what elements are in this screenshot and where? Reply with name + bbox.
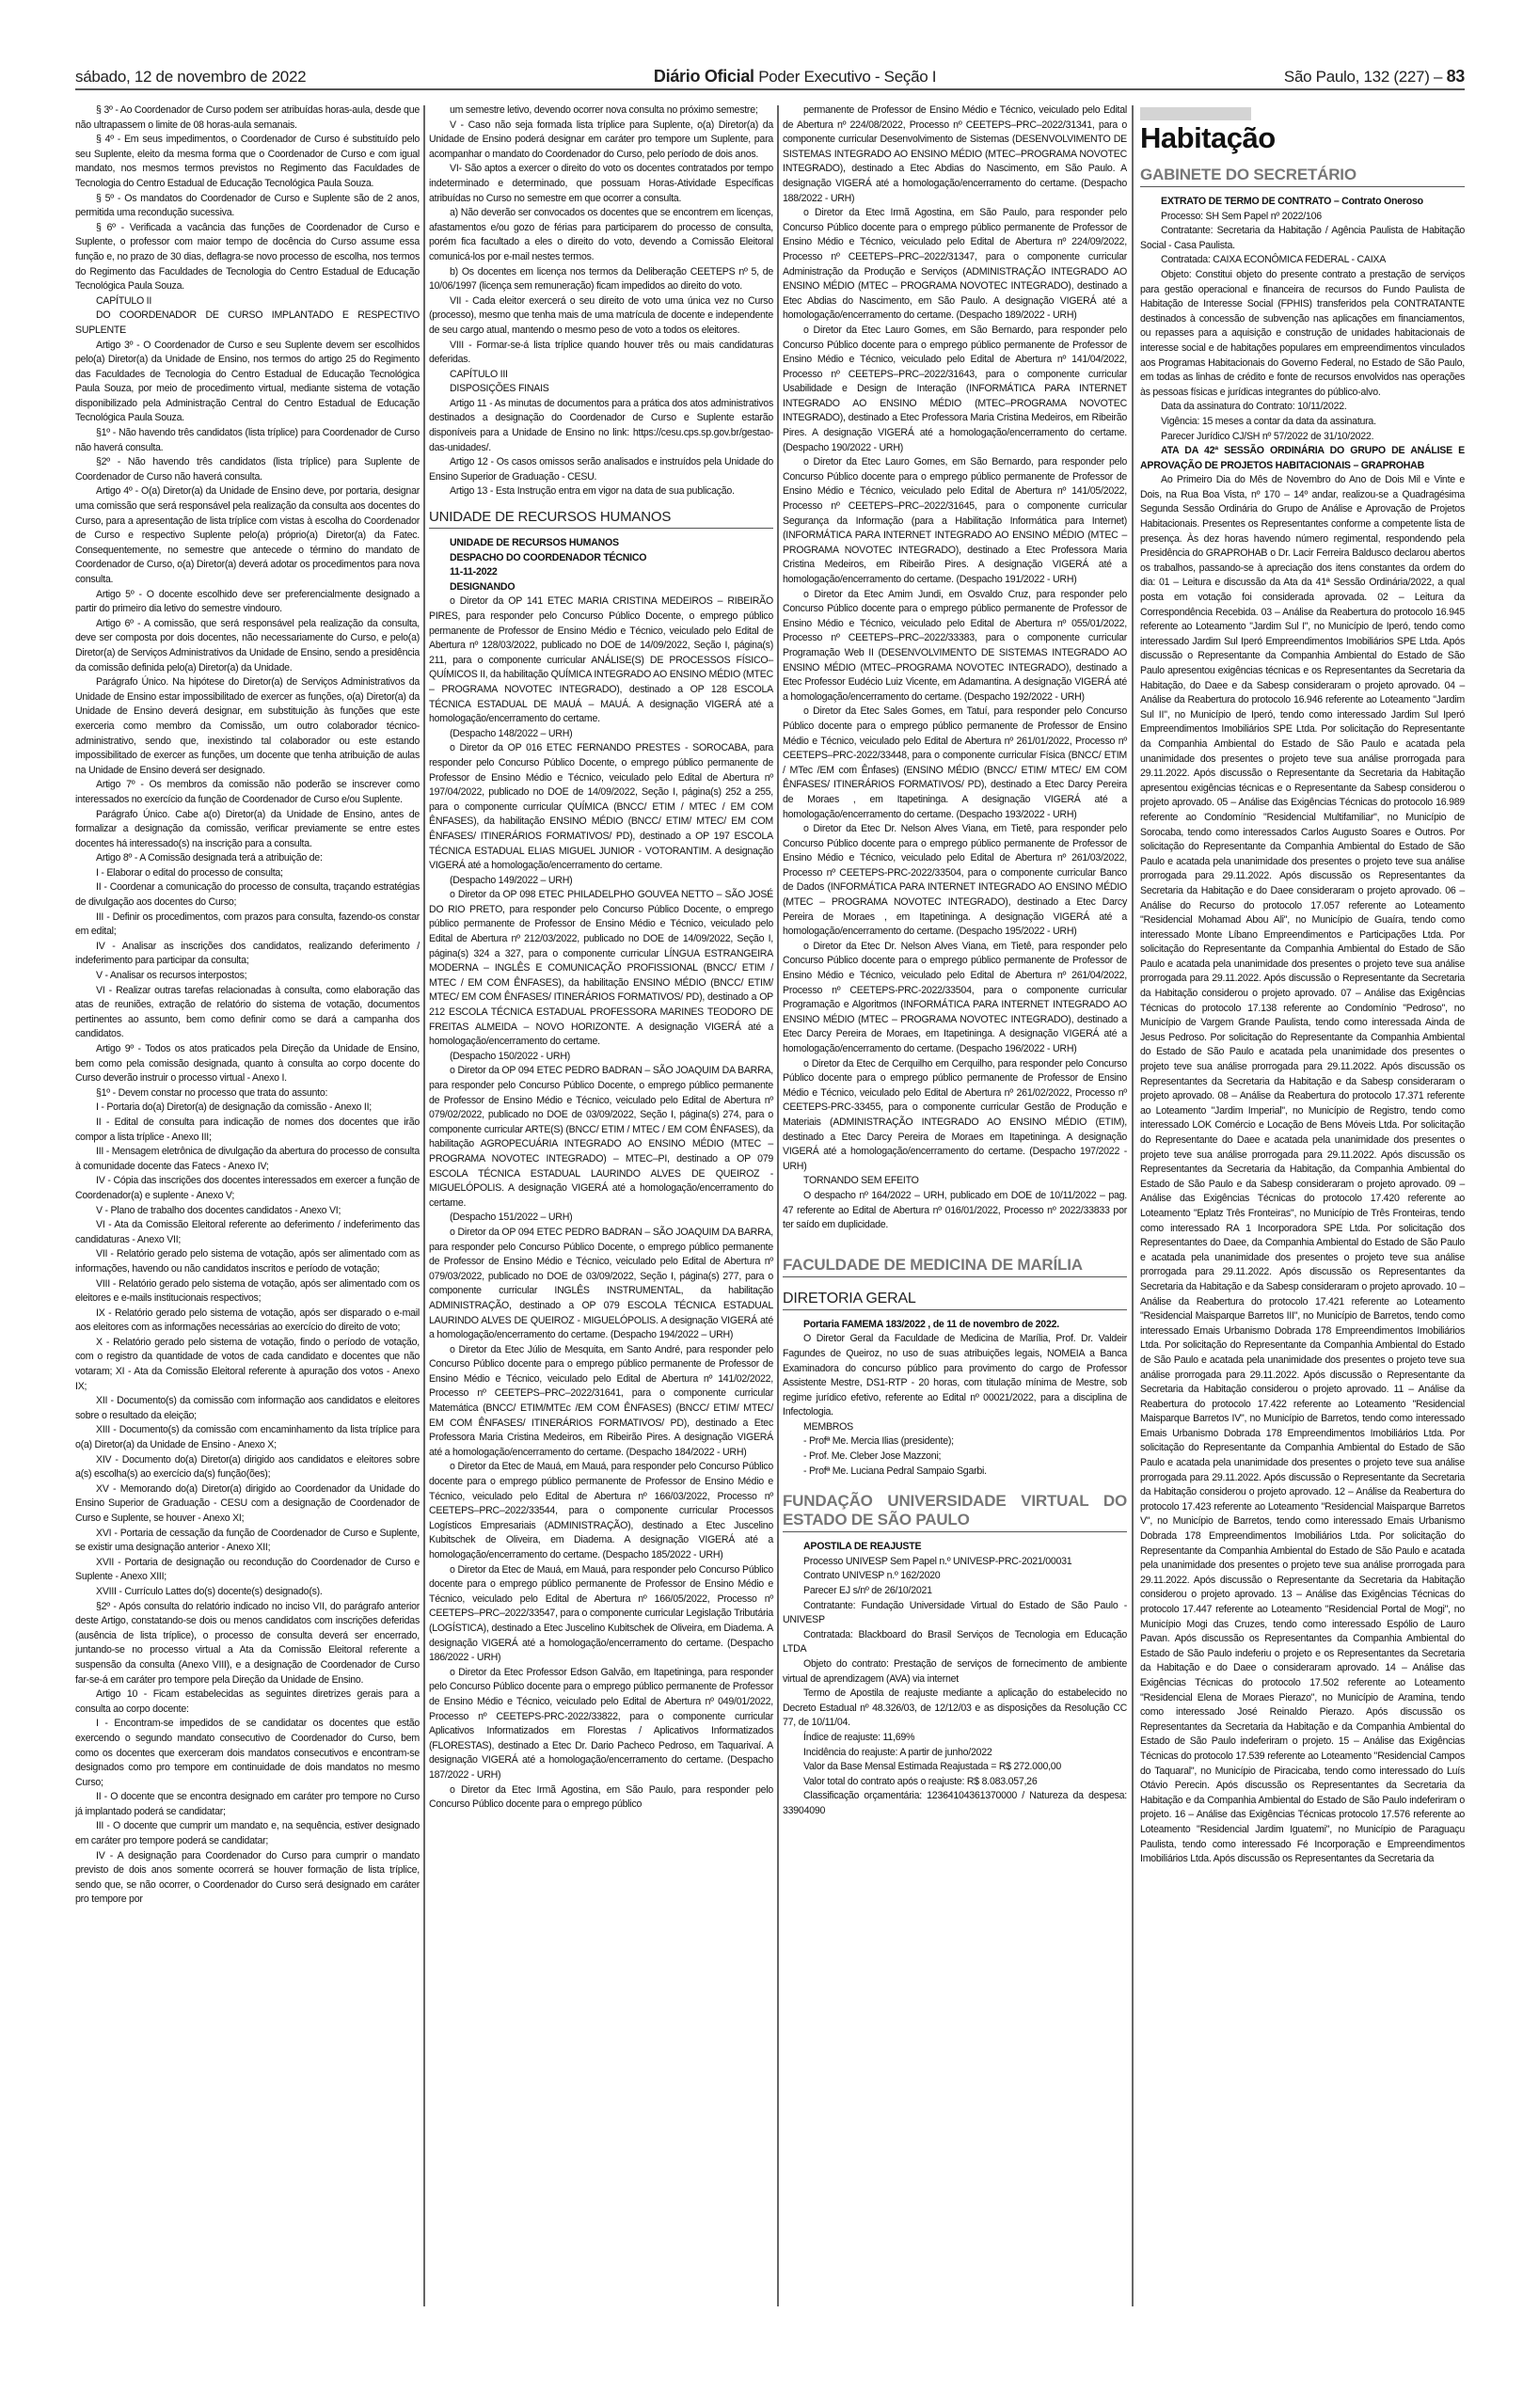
column-4: Habitação GABINETE DO SECRETÁRIO EXTRATO… [1140, 103, 1465, 1867]
paragraph: Valor total do contrato após o reajuste:… [783, 1775, 1127, 1790]
paragraph: CAPÍTULO II [75, 294, 420, 309]
paragraph: Contratada: CAIXA ECONÔMICA FEDERAL - CA… [1140, 253, 1465, 268]
header-title-rest: Poder Executivo - Seção I [754, 68, 936, 86]
paragraph: XVII - Portaria de designação ou recondu… [75, 1556, 420, 1585]
column-divider [1132, 105, 1134, 2306]
bold-heading-line: 11-11-2022 [429, 565, 773, 580]
paragraph: §1º - Não havendo três candidatos (lista… [75, 426, 420, 455]
paragraph: II - Coordenar a comunicação do processo… [75, 880, 420, 910]
paragraph: VII - Relatório gerado pelo sistema de v… [75, 1247, 420, 1276]
header-edition-text: São Paulo, 132 (227) – [1284, 68, 1447, 86]
paragraph: I - Encontram-se impedidos de se candida… [75, 1717, 420, 1790]
page-number: 83 [1447, 67, 1465, 86]
bold-heading-line: UNIDADE DE RECURSOS HUMANOS [429, 536, 773, 551]
paragraph: Ao Primeiro Dia do Mês de Novembro do An… [1140, 473, 1465, 1866]
paragraph: VI - Realizar outras tarefas relacionada… [75, 984, 420, 1042]
paragraph: a) Não deverão ser convocados os docente… [429, 206, 773, 264]
paragraph: o Diretor da Etec Lauro Gomes, em São Be… [783, 324, 1127, 455]
paragraph: Artigo 3º - O Coordenador de Curso e seu… [75, 339, 420, 427]
paragraph: DO COORDENADOR DE CURSO IMPLANTADO E RES… [75, 309, 420, 338]
paragraph: § 4º - Em seus impedimentos, o Coordenad… [75, 133, 420, 191]
section-heading-univesp: FUNDAÇÃO UNIVERSIDADE VIRTUAL DO ESTADO … [783, 1492, 1127, 1532]
column-3: permanente de Professor de Ensino Médio … [783, 103, 1127, 1819]
paragraph: Objeto: Constitui objeto do presente con… [1140, 268, 1465, 400]
section-bar [1140, 107, 1251, 120]
section-heading-famema: FACULDADE DE MEDICINA DE MARÍLIA [783, 1256, 1127, 1277]
paragraph: o Diretor da OP 098 ETEC PHILADELPHO GOU… [429, 888, 773, 1050]
paragraph: CAPÍTULO III [429, 368, 773, 383]
paragraph: VII - Cada eleitor exercerá o seu direit… [429, 294, 773, 339]
paragraph: Valor da Base Mensal Estimada Reajustada… [783, 1760, 1127, 1775]
paragraph: §2º - Não havendo três candidatos (lista… [75, 455, 420, 484]
paragraph: - Profª Me. Luciana Pedral Sampaio Sgarb… [783, 1465, 1127, 1480]
paragraph: XIV - Documento do(a) Diretor(a) dirigid… [75, 1453, 420, 1482]
paragraph: (Despacho 149/2022 – URH) [429, 874, 773, 889]
paragraph: - Prof. Me. Cleber Jose Mazzoni; [783, 1450, 1127, 1465]
paragraph: IV - A designação para Coordenador do Cu… [75, 1849, 420, 1908]
paragraph: o Diretor da Etec de Cerquilho em Cerqui… [783, 1057, 1127, 1175]
paragraph: Parecer Jurídico CJ/SH nº 57/2022 de 31/… [1140, 430, 1465, 445]
paragraph: II - O docente que se encontra designado… [75, 1790, 420, 1819]
paragraph: XVI - Portaria de cessação da função de … [75, 1527, 420, 1556]
paragraph: Incidência do reajuste: A partir de junh… [783, 1746, 1127, 1761]
column-divider [423, 105, 425, 2306]
paragraph: MEMBROS [783, 1420, 1127, 1435]
paragraph: Artigo 10 - Ficam estabelecidas as segui… [75, 1687, 420, 1717]
paragraph: Contratada: Blackboard do Brasil Serviço… [783, 1628, 1127, 1657]
paragraph: um semestre letivo, devendo ocorrer nova… [429, 103, 773, 119]
paragraph: Artigo 5º - O docente escolhido deve ser… [75, 588, 420, 617]
section-heading-gabinete: GABINETE DO SECRETÁRIO [1140, 166, 1465, 187]
paragraph: §2º - Após consulta do relatório indicad… [75, 1600, 420, 1688]
paragraph: III - O docente que cumprir um mandato e… [75, 1819, 420, 1848]
paragraph: o Diretor da OP 094 ETEC PEDRO BADRAN – … [429, 1064, 773, 1211]
paragraph: Parágrafo Único. Cabe a(o) Diretor(a) da… [75, 808, 420, 852]
paragraph: permanente de Professor de Ensino Médio … [783, 103, 1127, 206]
paragraph: Parágrafo Único. Na hipótese do Diretor(… [75, 675, 420, 778]
page-header: sábado, 12 de novembro de 2022 Diário Of… [75, 62, 1465, 87]
paragraph: § 5º - Os mandatos do Coordenador de Cur… [75, 192, 420, 221]
section-heading-diretoria: DIRETORIA GERAL [783, 1291, 1127, 1310]
paragraph: o Diretor da Etec Professor Edson Galvão… [429, 1666, 773, 1783]
paragraph: Processo UNIVESP Sem Papel n.º UNIVESP-P… [783, 1555, 1127, 1570]
apostila-title: APOSTILA DE REAJUSTE [783, 1540, 1127, 1555]
paragraph: V - Caso não seja formada lista tríplice… [429, 119, 773, 163]
paragraph: (Despacho 148/2022 – URH) [429, 727, 773, 742]
paragraph: IV - Cópia das inscrições dos docentes i… [75, 1174, 420, 1203]
header-publication: Diário Oficial Poder Executivo - Seção I [654, 67, 936, 87]
paragraph: Vigência: 15 meses a contar da data da a… [1140, 415, 1465, 430]
paragraph: o Diretor da Etec de Mauá, em Mauá, para… [429, 1563, 773, 1666]
paragraph: Artigo 12 - Os casos omissos serão anali… [429, 455, 773, 484]
paragraph: Objeto do contrato: Prestação de serviço… [783, 1657, 1127, 1687]
paragraph: II - Edital de consulta para indicação d… [75, 1116, 420, 1145]
section-title-habitacao: Habitação [1140, 120, 1465, 156]
paragraph: Artigo 13 - Esta Instrução entra em vigo… [429, 484, 773, 499]
paragraph: IV - Analisar as inscrições dos candidat… [75, 940, 420, 969]
paragraph: DISPOSIÇÕES FINAIS [429, 382, 773, 397]
paragraph: (Despacho 150/2022 - URH) [429, 1050, 773, 1065]
paragraph: o Diretor da OP 094 ETEC PEDRO BADRAN – … [429, 1226, 773, 1343]
paragraph: o Diretor da Etec Sales Gomes, em Tatuí,… [783, 705, 1127, 822]
paragraph: o Diretor da Etec Dr. Nelson Alves Viana… [783, 940, 1127, 1057]
paragraph: TORNANDO SEM EFEITO [783, 1174, 1127, 1189]
column-2: um semestre letivo, devendo ocorrer nova… [429, 103, 773, 1813]
ata-title: ATA DA 42ª SESSÃO ORDINÁRIA DO GRUPO DE … [1140, 444, 1465, 473]
paragraph: Artigo 7º - Os membros da comissão não p… [75, 778, 420, 807]
header-rule [75, 88, 1465, 90]
extrato-title: EXTRATO DE TERMO DE CONTRATO – Contrato … [1140, 195, 1465, 210]
paragraph: Contratante: Fundação Universidade Virtu… [783, 1599, 1127, 1628]
header-edition: São Paulo, 132 (227) – 83 [1284, 67, 1465, 87]
paragraph: § 6º - Verificada a vacância das funções… [75, 221, 420, 294]
paragraph: XV - Memorando do(a) Diretor(a) dirigido… [75, 1482, 420, 1527]
paragraph: Classificação orçamentária: 123641043613… [783, 1789, 1127, 1818]
paragraph: V - Analisar os recursos interpostos; [75, 969, 420, 984]
paragraph: Contrato UNIVESP n.º 162/2020 [783, 1569, 1127, 1584]
paragraph: VI- São aptos a exercer o direito do vot… [429, 162, 773, 206]
paragraph: Contratante: Secretaria da Habitação / A… [1140, 224, 1465, 253]
paragraph: o Diretor da OP 016 ETEC FERNANDO PRESTE… [429, 741, 773, 873]
column-1: § 3º - Ao Coordenador de Curso podem ser… [75, 103, 420, 1908]
paragraph: §1º - Devem constar no processo que trat… [75, 1086, 420, 1101]
paragraph: Artigo 11 - As minutas de documentos par… [429, 397, 773, 455]
paragraph: VIII - Formar-se-á lista tríplice quando… [429, 339, 773, 368]
paragraph: o Diretor da Etec Amim Jundi, em Osvaldo… [783, 588, 1127, 705]
paragraph: VIII - Relatório gerado pelo sistema de … [75, 1277, 420, 1307]
paragraph: XIII - Documento(s) da comissão com enca… [75, 1423, 420, 1452]
paragraph: o Diretor da Etec Lauro Gomes, em São Be… [783, 455, 1127, 587]
paragraph: Processo: SH Sem Papel nº 2022/106 [1140, 210, 1465, 225]
header-date: sábado, 12 de novembro de 2022 [75, 68, 306, 87]
paragraph: III - Mensagem eletrônica de divulgação … [75, 1145, 420, 1174]
paragraph: o Diretor da Etec Júlio de Mesquita, em … [429, 1343, 773, 1461]
paragraph: XVIII - Currículo Lattes do(s) docente(s… [75, 1585, 420, 1600]
paragraph: O despacho nº 164/2022 – URH, publicado … [783, 1189, 1127, 1233]
paragraph: o Diretor da Etec Dr. Nelson Alves Viana… [783, 822, 1127, 940]
paragraph: o Diretor da Etec de Mauá, em Mauá, para… [429, 1460, 773, 1562]
bold-heading-line: DESIGNANDO [429, 580, 773, 595]
paragraph: XII - Documento(s) da comissão com infor… [75, 1394, 420, 1423]
paragraph: Data da assinatura do Contrato: 10/11/20… [1140, 400, 1465, 415]
paragraph: III - Definir os procedimentos, com praz… [75, 911, 420, 940]
paragraph: V - Plano de trabalho dos docentes candi… [75, 1204, 420, 1219]
paragraph: § 3º - Ao Coordenador de Curso podem ser… [75, 103, 420, 133]
column-divider [777, 105, 779, 2306]
header-title-bold: Diário Oficial [654, 67, 754, 86]
paragraph: Artigo 6º - A comissão, que será respons… [75, 617, 420, 675]
paragraph: Índice de reajuste: 11,69% [783, 1731, 1127, 1746]
paragraph: O Diretor Geral da Faculdade de Medicina… [783, 1332, 1127, 1420]
paragraph: Artigo 9º - Todos os atos praticados pel… [75, 1042, 420, 1086]
paragraph: o Diretor da OP 141 ETEC MARIA CRISTINA … [429, 594, 773, 726]
bold-heading-line: DESPACHO DO COORDENADOR TÉCNICO [429, 551, 773, 566]
paragraph: Artigo 4º - O(a) Diretor(a) da Unidade d… [75, 484, 420, 587]
paragraph: X - Relatório gerado pelo sistema de vot… [75, 1336, 420, 1394]
paragraph: I - Portaria do(a) Diretor(a) de designa… [75, 1101, 420, 1116]
paragraph: Artigo 8º - A Comissão designada terá a … [75, 851, 420, 866]
paragraph: b) Os docentes em licença nos termos da … [429, 265, 773, 294]
paragraph: Termo de Apostila de reajuste mediante a… [783, 1687, 1127, 1731]
paragraph: o Diretor da Etec Irmã Agostina, em São … [429, 1783, 773, 1813]
paragraph: IX - Relatório gerado pelo sistema de vo… [75, 1307, 420, 1336]
paragraph: Parecer EJ s/nº de 26/10/2021 [783, 1584, 1127, 1599]
paragraph: VI - Ata da Comissão Eleitoral referente… [75, 1218, 420, 1247]
paragraph: - Profª Me. Mercia Ilias (presidente); [783, 1434, 1127, 1450]
paragraph: (Despacho 151/2022 – URH) [429, 1211, 773, 1226]
paragraph: o Diretor da Etec Irmã Agostina, em São … [783, 206, 1127, 324]
paragraph: I - Elaborar o edital do processo de con… [75, 866, 420, 881]
portaria-title: Portaria FAMEMA 183/2022 , de 11 de nove… [783, 1318, 1127, 1333]
section-heading-urh: UNIDADE DE RECURSOS HUMANOS [429, 509, 773, 529]
